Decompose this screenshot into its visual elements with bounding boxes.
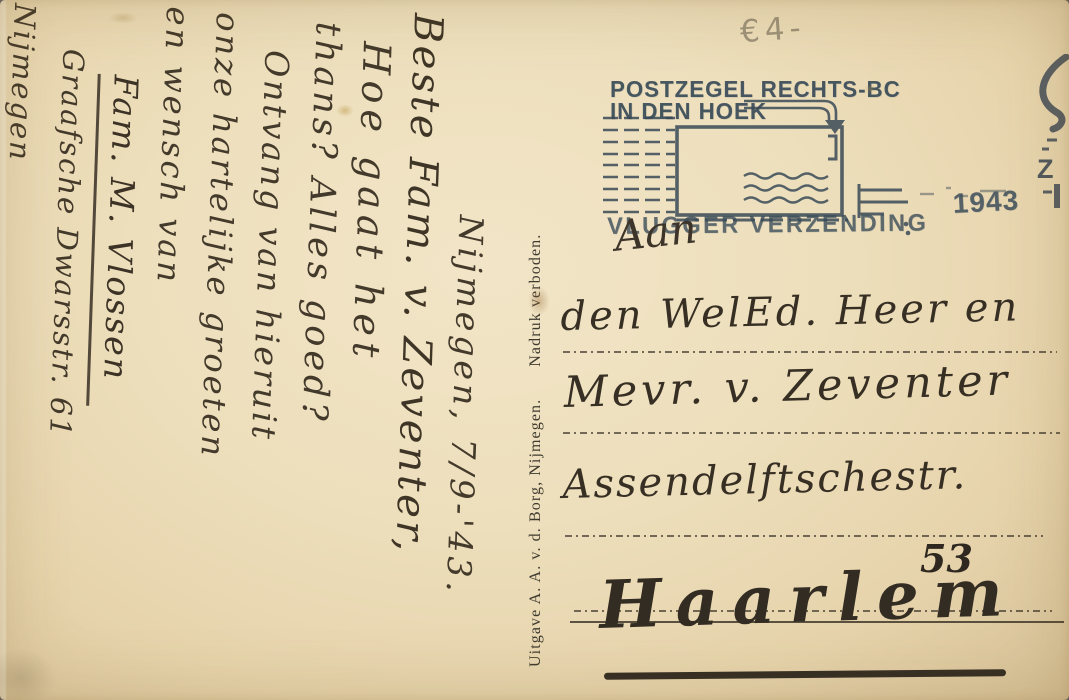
address-city: Haarlem: [598, 553, 1018, 644]
postcard-back: €4- POSTZEGEL RECHTS-BC IN DEN HOEK VLUG…: [0, 0, 1069, 700]
address-street: Assendelftschestr.: [562, 452, 968, 508]
imprint-notice-text: Nadruk verboden.: [527, 234, 544, 367]
address-intro: Aan: [612, 203, 699, 260]
pencil-price-mark: €4-: [739, 10, 807, 50]
message-block: Nijmegen, 7/9-'43. Beste Fam. v. Zevente…: [0, 16, 510, 700]
address-rule-2: [563, 432, 1060, 434]
address-line-2: Mevr. v. Zeventer: [563, 356, 1012, 418]
edge-cancel-letter: Z: [1037, 154, 1054, 184]
address-rule-1: [563, 351, 1057, 353]
address-city-underline: [604, 669, 1006, 680]
imprint-publisher-text: Uitgave A. A. v. d. Borg, Nijmegen.: [527, 399, 544, 667]
edge-cancel-fragment: Z: [1027, 54, 1069, 216]
address-line-1: den WelEd. Heer en: [560, 284, 1021, 340]
publisher-imprint: Uitgave A. A. v. d. Borg, Nijmegen.Nadru…: [527, 119, 547, 667]
